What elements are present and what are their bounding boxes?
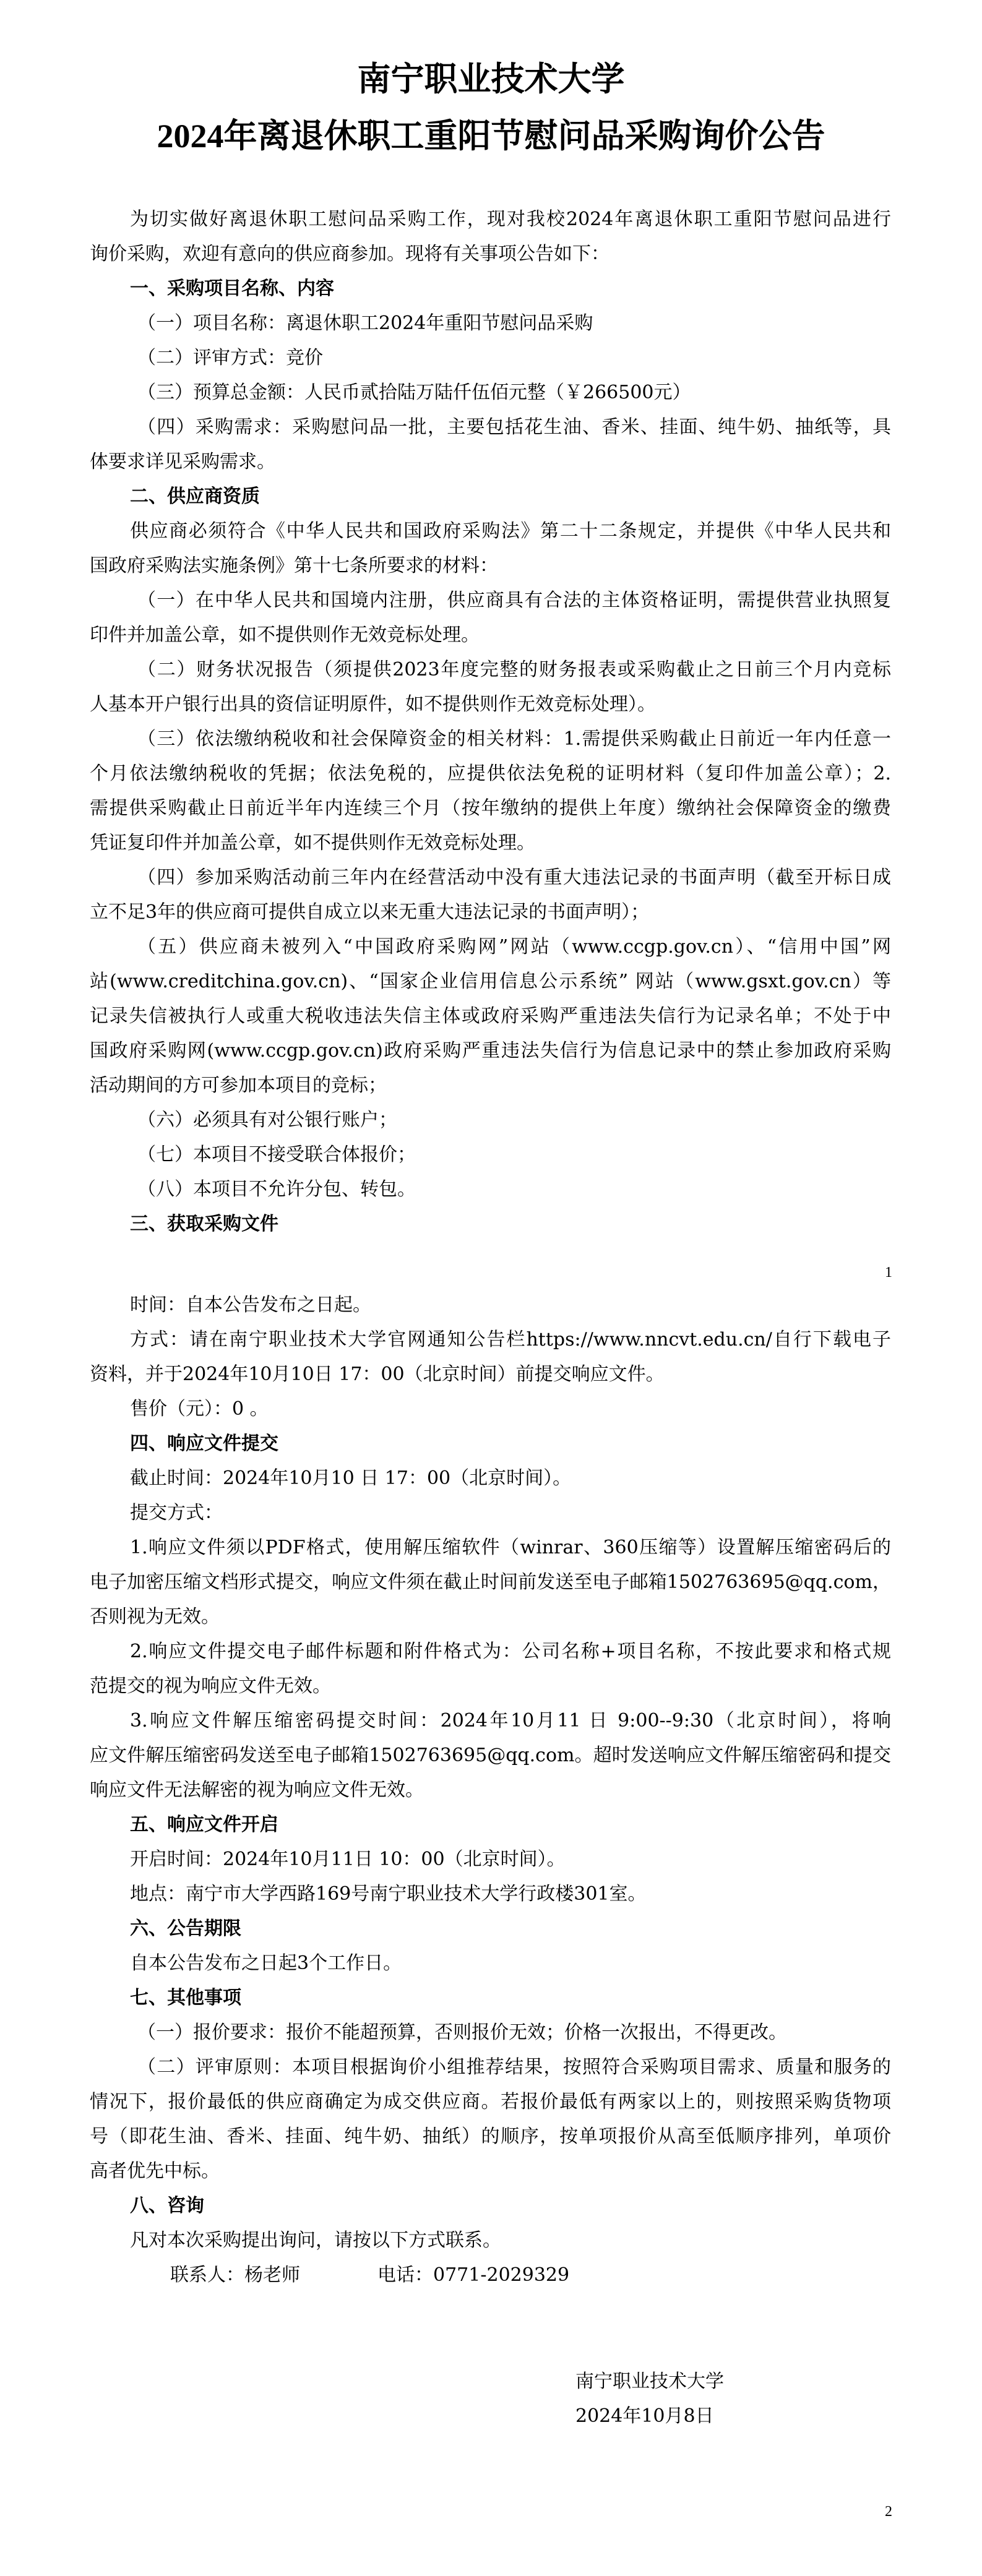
page-number: 1 <box>885 1264 892 1281</box>
intro-line: 为切实做好离退休职工慰问品采购工作，现对我校2024年离退休职工重阳节慰问品进行 <box>130 207 891 232</box>
section-heading-4: 四、响应文件提交 <box>130 1432 278 1456</box>
section7-item: （二）评审原则：本项目根据询价小组推荐结果，按照符合采购项目需求、质量和服务的 <box>137 2055 891 2080</box>
section4-method-label: 提交方式： <box>130 1501 223 1526</box>
section2-item-cont: 印件并加盖公章，如不提供则作无效竞标处理。 <box>90 623 480 648</box>
document-title: 2024年离退休职工重阳节慰问品采购询价公告 <box>0 118 982 155</box>
section4-deadline: 截止时间：2024年10月10 日 17：00（北京时间）。 <box>130 1466 571 1491</box>
section4-rule-cont: 否则视为无效。 <box>90 1605 220 1629</box>
section2-item: （四）参加采购活动前三年内在经营活动中没有重大违法记录的书面声明（截至开标日成 <box>137 865 891 890</box>
section3-method-cont: 资料，并于2024年10月10日 17：00（北京时间）前提交响应文件。 <box>90 1362 665 1387</box>
section2-item-cont: 活动期间的方可参加本项目的竞标； <box>90 1073 387 1098</box>
section4-rule-cont: 响应文件无法解密的视为响应文件无效。 <box>90 1778 424 1803</box>
section3-method: 方式：请在南宁职业技术大学官网通知公告栏https://www.nncvt.ed… <box>130 1328 891 1352</box>
section2-item: （三）依法缴纳税收和社会保障资金的相关材料：1.需提供采购截止日前近一年内任意一 <box>137 727 891 752</box>
section4-rule: 2.响应文件提交电子邮件标题和附件格式为：公司名称+项目名称，不按此要求和格式规 <box>130 1639 891 1664</box>
section2-item-cont: 人基本开户银行出具的资信证明原件，如不提供则作无效竞标处理）。 <box>90 692 656 717</box>
section-heading-7: 七、其他事项 <box>130 1986 241 2011</box>
section1-item: （四）采购需求：采购慰问品一批，主要包括花生油、香米、挂面、纯牛奶、抽纸等，具 <box>137 415 891 440</box>
section-heading-1: 一、采购项目名称、内容 <box>130 277 334 301</box>
section2-item: （五）供应商未被列入“中国政府采购网”网站（www.ccgp.gov.cn）、“… <box>137 935 891 960</box>
section2-item-cont: 需提供采购截止日前近半年内连续三个月（按年缴纳的提供上年度）缴纳社会保障资金的缴… <box>90 796 891 821</box>
section-heading-2: 二、供应商资质 <box>130 484 260 509</box>
signature-org: 南宁职业技术大学 <box>575 2369 724 2394</box>
section2-item-cont: 国政府采购网(www.ccgp.gov.cn)政府采购严重违法失信行为信息记录中… <box>90 1039 891 1063</box>
section4-rule-cont: 电子加密压缩文档形式提交，响应文件须在截止时间前发送至电子邮箱150276369… <box>90 1570 891 1595</box>
section1-item: （三）预算总金额：人民币贰拾陆万陆仟伍佰元整（￥266500元） <box>137 380 691 405</box>
section-heading-3: 三、获取采购文件 <box>130 1212 278 1237</box>
section2-item-cont: 记录失信被执行人或重大税收违法失信主体或政府采购严重违法失信行为记录名单；不处于… <box>90 1004 891 1029</box>
section8-text: 凡对本次采购提出询问，请按以下方式联系。 <box>130 2228 501 2253</box>
section7-item-cont: 号（即花生油、香米、挂面、纯牛奶、抽纸）的顺序，按单项报价从高至低顺序排列，单项… <box>90 2124 891 2149</box>
section7-item-cont: 情况下，报价最低的供应商确定为成交供应商。若报价最低有两家以上的，则按照采购货物… <box>90 2090 891 2114</box>
intro-line: 询价采购，欢迎有意向的供应商参加。现将有关事项公告如下： <box>90 242 609 267</box>
section2-item: （二）财务状况报告（须提供2023年度完整的财务报表或采购截止之日前三个月内竞标 <box>137 658 891 682</box>
section-heading-6: 六、公告期限 <box>130 1917 241 1941</box>
section2-intro: 供应商必须符合《中华人民共和国政府采购法》第二十二条规定，并提供《中华人民共和 <box>130 519 891 544</box>
section2-intro: 国政府采购法实施条例》第十七条所要求的材料： <box>90 554 498 578</box>
section3-price: 售价（元）：0 。 <box>130 1397 269 1422</box>
section4-rule: 1.响应文件须以PDF格式，使用解压缩软件（winrar、360压缩等）设置解压… <box>130 1535 891 1560</box>
page-number: 2 <box>885 2503 892 2520</box>
section5-time: 开启时间：2024年10月11日 10：00（北京时间）。 <box>130 1847 566 1872</box>
section4-rule-cont: 范提交的视为响应文件无效。 <box>90 1674 331 1699</box>
section4-rule-cont: 应文件解压缩密码发送至电子邮箱1502763695@qq.com。超时发送响应文… <box>90 1743 891 1768</box>
document-title-org: 南宁职业技术大学 <box>0 61 982 98</box>
section2-item-cont: 个月依法缴纳税收的凭据；依法免税的，应提供依法免税的证明材料（复印件加盖公章）；… <box>90 762 891 786</box>
signature-date: 2024年10月8日 <box>575 2404 714 2429</box>
section-heading-5: 五、响应文件开启 <box>130 1813 278 1837</box>
section1-item: （二）评审方式：竞价 <box>137 346 323 371</box>
section5-place: 地点：南宁市大学西路169号南宁职业技术大学行政楼301室。 <box>130 1882 647 1907</box>
section2-item: （一）在中华人民共和国境内注册，供应商具有合法的主体资格证明，需提供营业执照复 <box>137 588 891 613</box>
section-heading-8: 八、咨询 <box>130 2194 204 2218</box>
section1-item: （一）项目名称：离退休职工2024年重阳节慰问品采购 <box>137 311 593 336</box>
section2-item-cont: 站(www.creditchina.gov.cn)、“国家企业信用信息公示系统”… <box>90 969 891 994</box>
section7-item-cont: 高者优先中标。 <box>90 2159 220 2184</box>
section2-item: （八）本项目不允许分包、转包。 <box>137 1177 416 1202</box>
section2-item-cont: 凭证复印件并加盖公章，如不提供则作无效竞标处理。 <box>90 831 535 856</box>
section1-item-cont: 体要求详见采购需求。 <box>90 450 275 474</box>
section3-time: 时间：自本公告发布之日起。 <box>130 1293 371 1318</box>
contact-phone: 电话：0771-2029329 <box>377 2263 569 2288</box>
section4-rule: 3.响应文件解压缩密码提交时间：2024年10月11 日 9:00--9:30（… <box>130 1709 891 1733</box>
contact-person: 联系人：杨老师 <box>170 2263 300 2288</box>
section2-item: （六）必须具有对公银行账户； <box>137 1108 397 1133</box>
section2-item: （七）本项目不接受联合体报价； <box>137 1143 416 1167</box>
section7-item: （一）报价要求：报价不能超预算，否则报价无效；价格一次报出，不得更改。 <box>137 2020 787 2045</box>
section2-item-cont: 立不足3年的供应商可提供自成立以来无重大违法记录的书面声明）； <box>90 900 649 925</box>
section6-text: 自本公告发布之日起3个工作日。 <box>130 1951 402 1976</box>
